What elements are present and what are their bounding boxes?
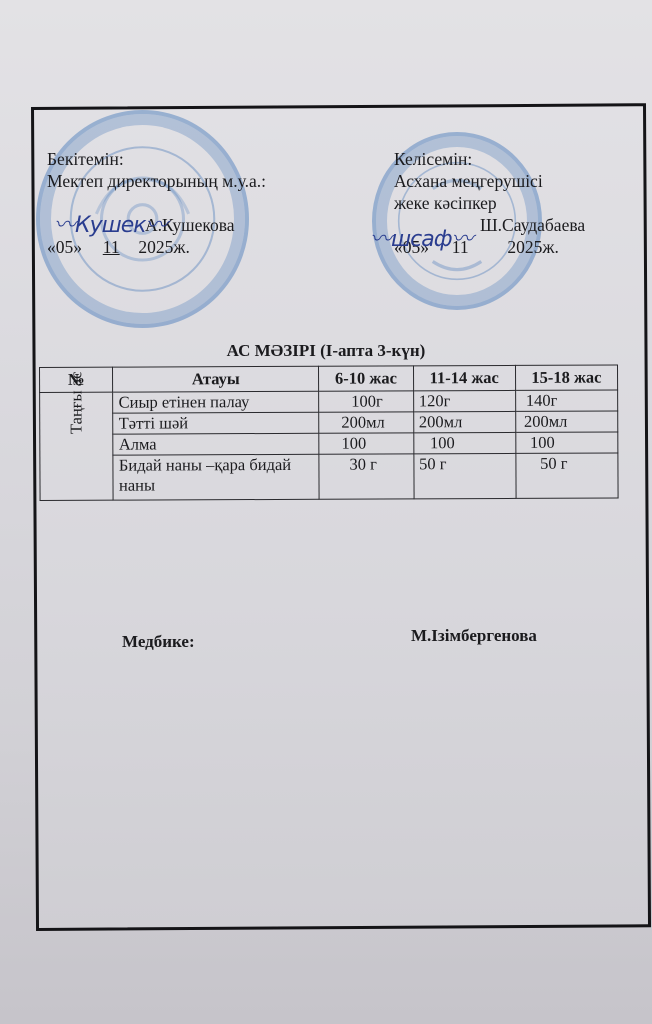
dish-name: Тәтті шәй [113,412,319,434]
menu-title: АС МӘЗІРІ (І-апта 3-күн) [0,341,652,361]
portion-11-14: 120г [413,390,515,411]
menu-table: № Атауы 6-10 жас 11-14 жас 15-18 жас Таң… [39,364,619,501]
dish-name: Сиыр етінен палау [113,391,319,413]
table-row: Бидай наны –қара бидай наны 30 г 50 г 50… [40,453,618,501]
table-row: Таңғы ас Сиыр етінен палау 100г 120г 140… [40,390,618,414]
header-age-6-10: 6-10 жас [319,366,414,391]
table-row: Тәтті шәй 200мл 200мл 200мл [40,411,618,435]
signature-canteen: 〰шсаф〰 [370,222,473,253]
portion-15-18: 200мл [515,411,617,432]
table-header-row: № Атауы 6-10 жас 11-14 жас 15-18 жас [40,365,618,393]
approval-date: «05» 11 2025ж. [47,236,266,258]
header-age-11-14: 11-14 жас [413,365,515,390]
header-age-15-18: 15-18 жас [515,365,617,390]
nurse-label: Медбике: [122,632,195,652]
dish-name: Алма [113,433,319,455]
meal-label: Таңғы ас [66,372,86,435]
approval-role-line2: жеке кәсіпкер [394,192,585,214]
portion-11-14: 100 [413,432,515,453]
portion-6-10: 100 [319,433,414,454]
portion-6-10: 100г [319,391,414,412]
approval-heading: Келісемін: [394,148,585,170]
dish-name: Бидай наны –қара бидай наны [113,454,319,500]
portion-11-14: 50 г [414,453,516,498]
portion-6-10: 30 г [319,454,414,499]
signature-director: 〰Кушек〰 [54,208,167,239]
portion-15-18: 140г [515,390,617,411]
approval-heading: Бекітемін: [47,148,266,170]
approval-block-director: Бекітемін: Мектеп директорының м.у.а.: А… [47,148,266,258]
portion-15-18: 50 г [516,453,619,498]
portion-11-14: 200мл [413,411,515,432]
approval-role: Мектеп директорының м.у.а.: [47,170,266,192]
meal-label-cell: Таңғы ас [40,392,114,500]
portion-15-18: 100 [515,432,617,453]
approval-role-line1: Асхана меңгерушісі [394,170,585,192]
portion-6-10: 200мл [319,412,414,433]
header-name: Атауы [113,366,319,392]
nurse-name: М.Ізімбергенова [411,626,537,646]
table-row: Алма 100 100 100 [40,432,618,456]
